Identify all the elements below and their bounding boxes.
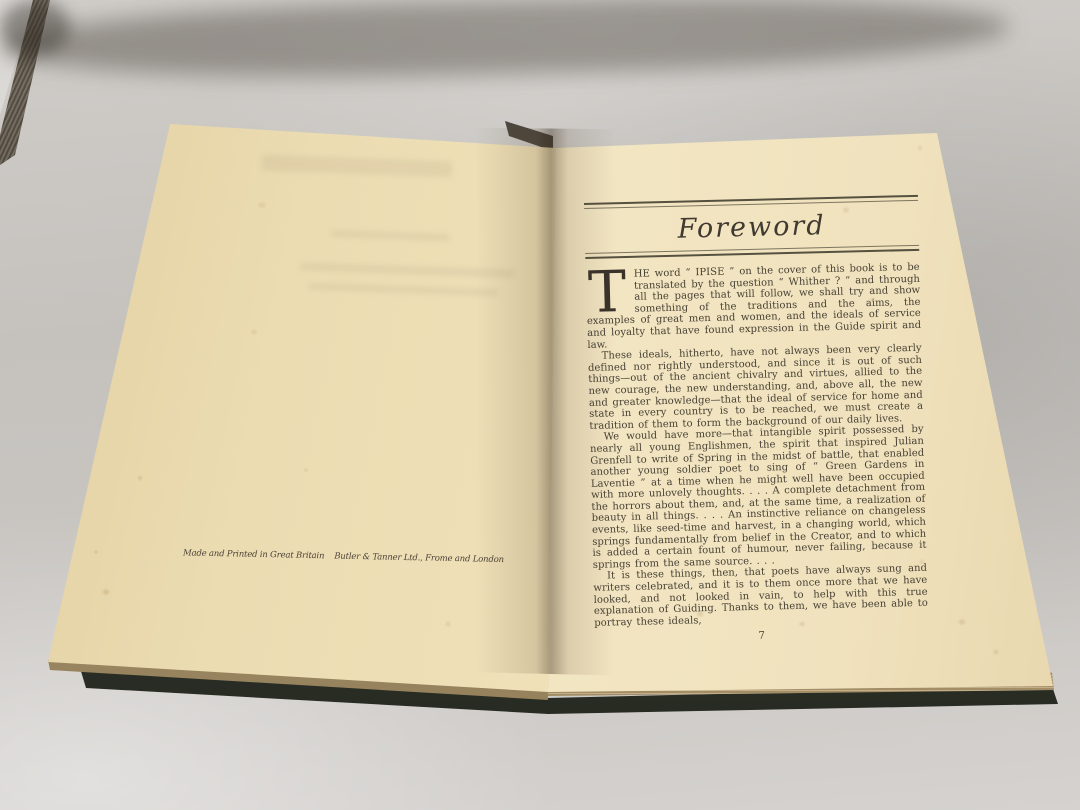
paragraph: It is these things, then, that poets hav… bbox=[593, 563, 928, 629]
book-shadow bbox=[0, 0, 1011, 85]
book-shadow-right bbox=[0, 0, 70, 55]
body-text: THE word “ IPISE ” on the cover of this … bbox=[586, 262, 929, 629]
paragraph: These ideals, hitherto, have not always … bbox=[588, 343, 924, 432]
foreword-page-content: Foreword THE word “ IPISE ” on the cover… bbox=[584, 195, 929, 646]
paragraph-text: HE word “ IPISE ” on the cover of this b… bbox=[587, 262, 921, 351]
heading-rule-bottom bbox=[585, 245, 919, 259]
book-photo: Made and Printed in Great Britain Butler… bbox=[0, 0, 1080, 810]
paragraph: THE word “ IPISE ” on the cover of this … bbox=[586, 262, 922, 351]
page-title: Foreword bbox=[584, 208, 919, 247]
drop-cap: T bbox=[586, 269, 635, 316]
paragraph: We would have more—that intangible spiri… bbox=[590, 424, 927, 571]
